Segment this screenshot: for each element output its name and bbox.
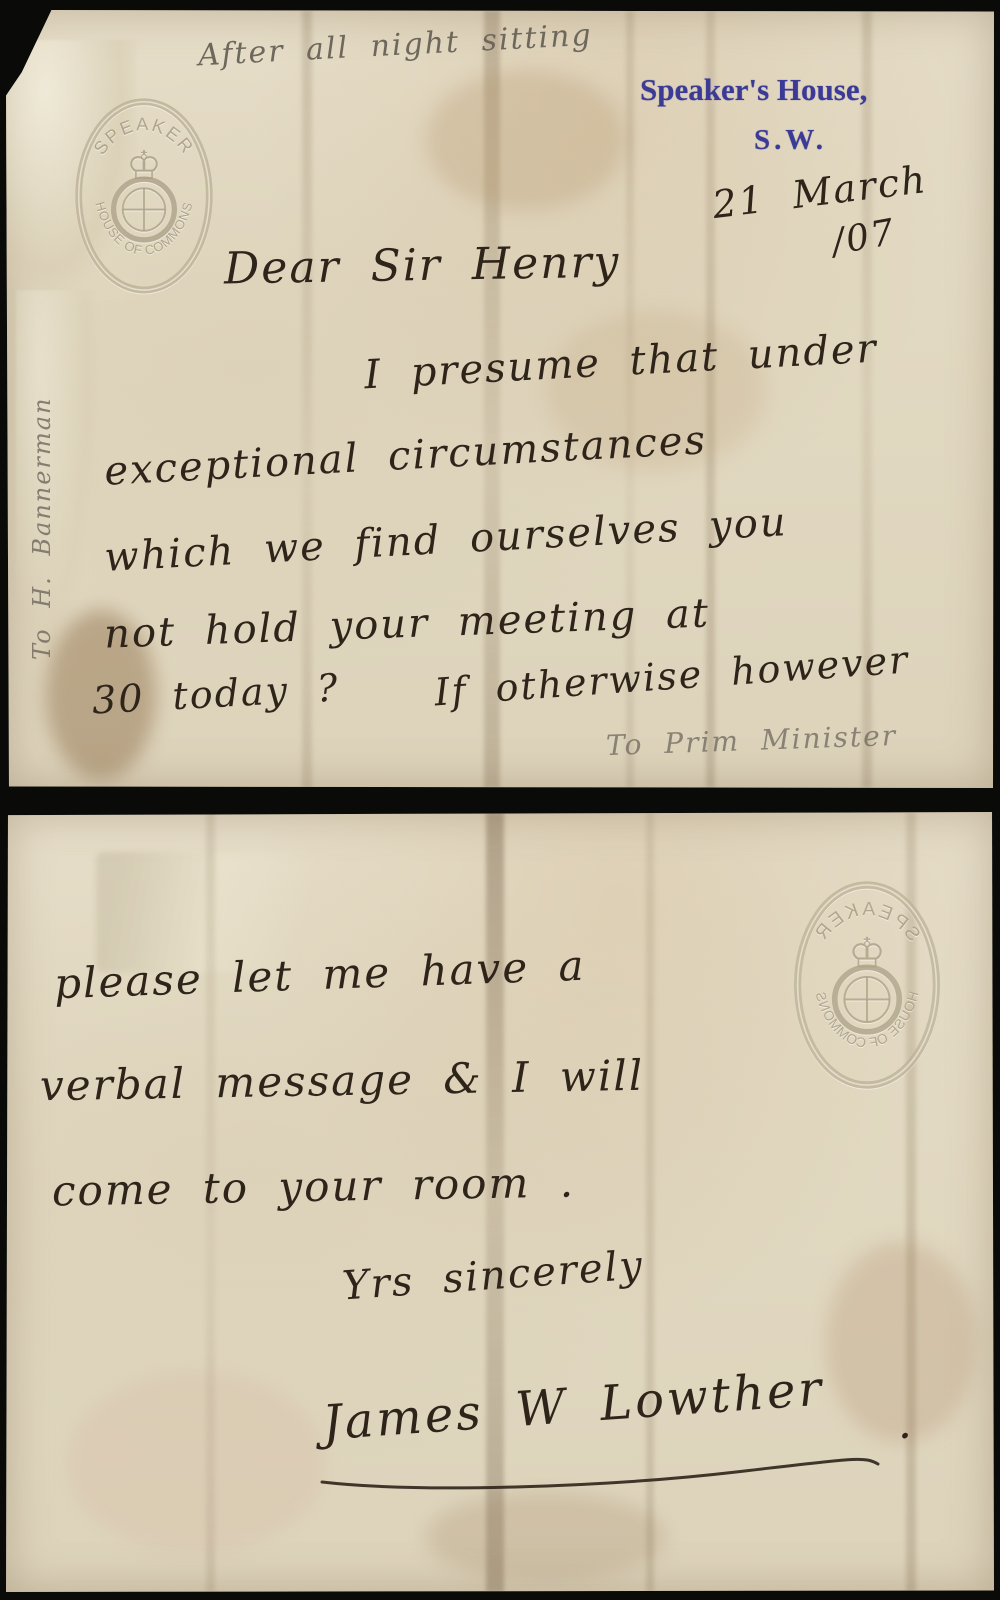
pencil-note-left-vertical: To H. Bannerman [28,397,56,660]
signature-flourish [316,1452,886,1496]
salutation: Dear Sir Henry [224,239,621,294]
signature-period: . [898,1400,914,1448]
body-line: 30 today ? [91,668,340,723]
body-line: come to your room . [52,1159,576,1214]
speaker-house-of-commons-seal: SPEAKER HOUSE OF COMMONS ♔ [68,82,220,306]
body-line: If otherwise however [433,639,910,714]
body-line: which we find ourselves you [103,500,788,580]
stain [66,1372,326,1552]
date-year: /07 [829,213,899,263]
letterhead-line2: S.W. [754,124,827,157]
letter-scan: SPEAKER HOUSE OF COMMONS ♔ After all nig… [0,0,1000,1600]
body-line: I presume that under [363,327,879,398]
stain [426,1492,666,1582]
body-line: verbal message & I will [40,1053,645,1110]
signature: James W Lowther [321,1363,826,1451]
pencil-note-top: After all night sitting [197,18,593,74]
body-line: exceptional circumstances [103,418,708,494]
stain [426,70,626,210]
closing: Yrs sincerely [341,1244,645,1309]
speaker-house-of-commons-seal-mirrored: SPEAKER HOUSE OF COMMONS ♔ [768,864,966,1102]
body-line: not hold your meeting at [103,591,710,656]
page-1: SPEAKER HOUSE OF COMMONS ♔ After all nig… [6,10,994,788]
letterhead-line1: Speaker's House, [640,72,867,108]
page-2: SPEAKER HOUSE OF COMMONS ♔ please let me… [6,812,994,1592]
date-line: 21 March [710,159,929,227]
pencil-note-bottom: To Prim Minister [606,719,898,762]
